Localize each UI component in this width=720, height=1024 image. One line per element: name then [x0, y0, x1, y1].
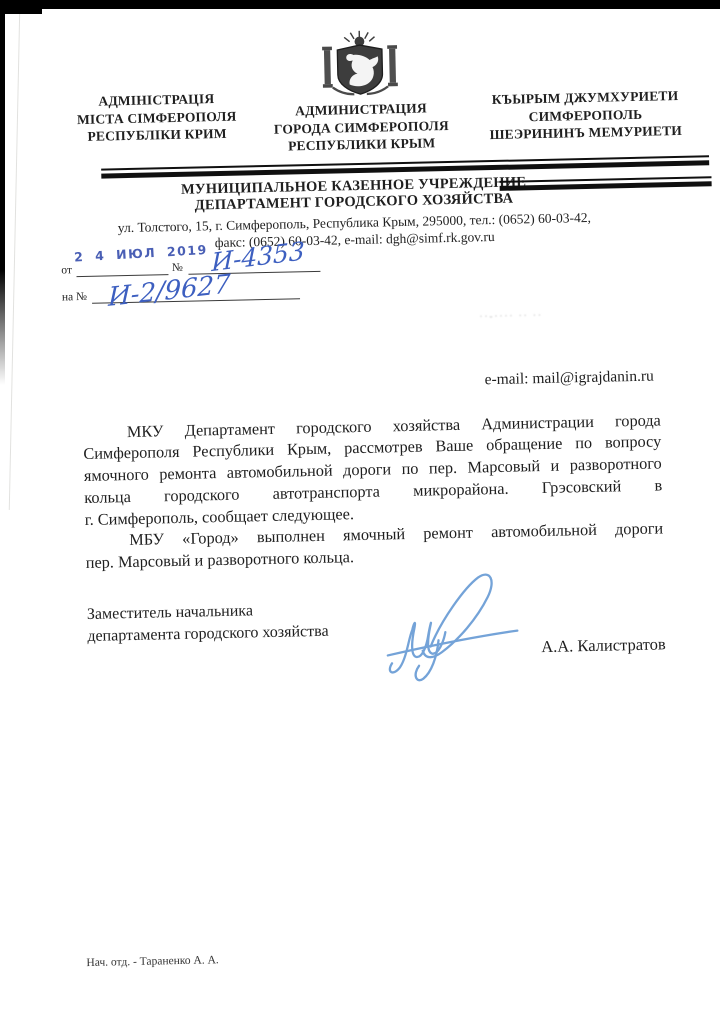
scan-black-corner — [0, 0, 42, 14]
signature-block: Заместитель начальника департамента горо… — [87, 591, 667, 724]
signer-name: А.А. Калистратов — [541, 633, 666, 658]
letterhead-crimean-tatar: КЪЫРЫМ ДЖУМХУРИЕТИ СИМФЕРОПОЛЬ ШЕЭРИНИНЪ… — [466, 86, 705, 151]
handwritten-signature — [374, 573, 527, 698]
letterhead-line: РЕСПУБЛІКИ КРИМ — [58, 124, 256, 146]
letterhead-line: РЕСПУБЛИКИ КРЫМ — [256, 134, 468, 156]
letterhead-ukrainian: АДМІНІСТРАЦІЯ МІСТА СІМФЕРОПОЛЯ РЕСПУБЛІ… — [57, 89, 256, 160]
scan-black-left-strip — [0, 0, 5, 385]
letter-body: МКУ Департамент городского хозяйства Адм… — [83, 409, 664, 574]
number-label: № — [172, 261, 183, 274]
paragraph-1: МКУ Департамент городского хозяйства Адм… — [83, 409, 663, 531]
letter-page: АДМІНІСТРАЦІЯ МІСТА СІМФЕРОПОЛЯ РЕСПУБЛІ… — [0, 0, 720, 1024]
incoming-row: на № И-2/9627 — [62, 282, 392, 304]
erased-recipient-text: ··-···· ·· ·· — [479, 309, 569, 321]
executor-note: Нач. отд. - Тараненко А. А. — [86, 954, 218, 969]
scan-black-top-band — [0, 0, 720, 9]
letterhead-line: ШЕЭРИНИНЪ МЕМУРИЕТИ — [467, 121, 705, 144]
crimea-coat-of-arms-icon — [318, 29, 401, 97]
recipient-email: e-mail: mail@igrajdanin.ru — [0, 367, 654, 399]
reply-label: на № — [62, 290, 87, 304]
from-label: от — [61, 264, 72, 277]
letterhead: АДМІНІСТРАЦІЯ МІСТА СІМФЕРОПОЛЯ РЕСПУБЛІ… — [0, 0, 713, 161]
reference-block: 2 4 ИЮЛ 2019 от № И-4353 на № И-2/9627 — [61, 255, 392, 304]
letterhead-russian: АДМИНИСТРАЦИЯ ГОРОДА СИМФЕРОПОЛЯ РЕСПУБЛ… — [254, 28, 468, 156]
